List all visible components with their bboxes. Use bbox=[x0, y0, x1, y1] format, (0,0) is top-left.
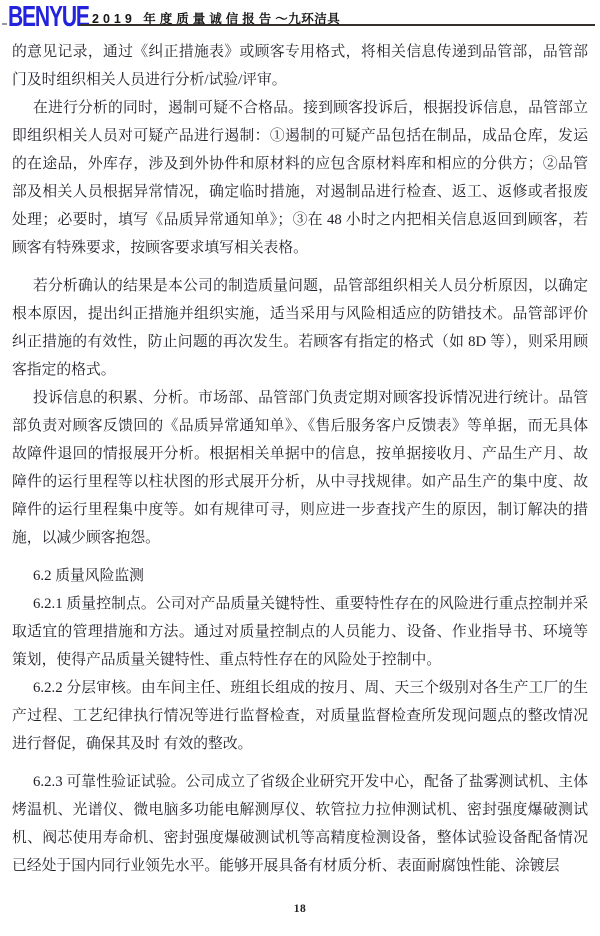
paragraph: 6.2.3 可靠性验证试验。公司成立了省级企业研究开发中心，配备了盐雾测试机、主… bbox=[12, 768, 588, 880]
paragraph: 在进行分析的同时，遏制可疑不合格品。接到顾客投诉后，根据投诉信息，品管部立即组织… bbox=[12, 94, 588, 262]
document-body: 的意见记录，通过《纠正措施表》或顾客专用格式，将相关信息传递到品管部，品管部门及… bbox=[12, 38, 588, 880]
logo-dash bbox=[2, 23, 7, 25]
company-logo: BENYUE bbox=[8, 3, 89, 31]
page-number: 18 bbox=[294, 903, 307, 915]
page-footer: 18 bbox=[0, 903, 600, 915]
paragraph: 6.2.2 分层审核。由车间主任、班组长组成的按月、周、天三个级别对各生产工厂的… bbox=[12, 674, 588, 758]
section-heading: 6.2 质量风险监测 bbox=[12, 562, 588, 590]
document-page: BENYUE 2019 年度质量诚信报告～九环洁具 的意见记录，通过《纠正措施表… bbox=[0, 0, 600, 936]
page-header: BENYUE 2019 年度质量诚信报告～九环洁具 bbox=[0, 4, 600, 34]
paragraph: 的意见记录，通过《纠正措施表》或顾客专用格式，将相关信息传递到品管部，品管部门及… bbox=[12, 38, 588, 94]
paragraph: 投诉信息的积累、分析。市场部、品管部门负责定期对顾客投诉情况进行统计。品管部负责… bbox=[12, 384, 588, 552]
paragraph: 若分析确认的结果是本公司的制造质量问题，品管部组织相关人员分析原因，以确定根本原… bbox=[12, 272, 588, 384]
paragraph: 6.2.1 质量控制点。公司对产品质量关键特性、重要特性存在的风险进行重点控制并… bbox=[12, 590, 588, 674]
header-rule bbox=[79, 24, 595, 26]
